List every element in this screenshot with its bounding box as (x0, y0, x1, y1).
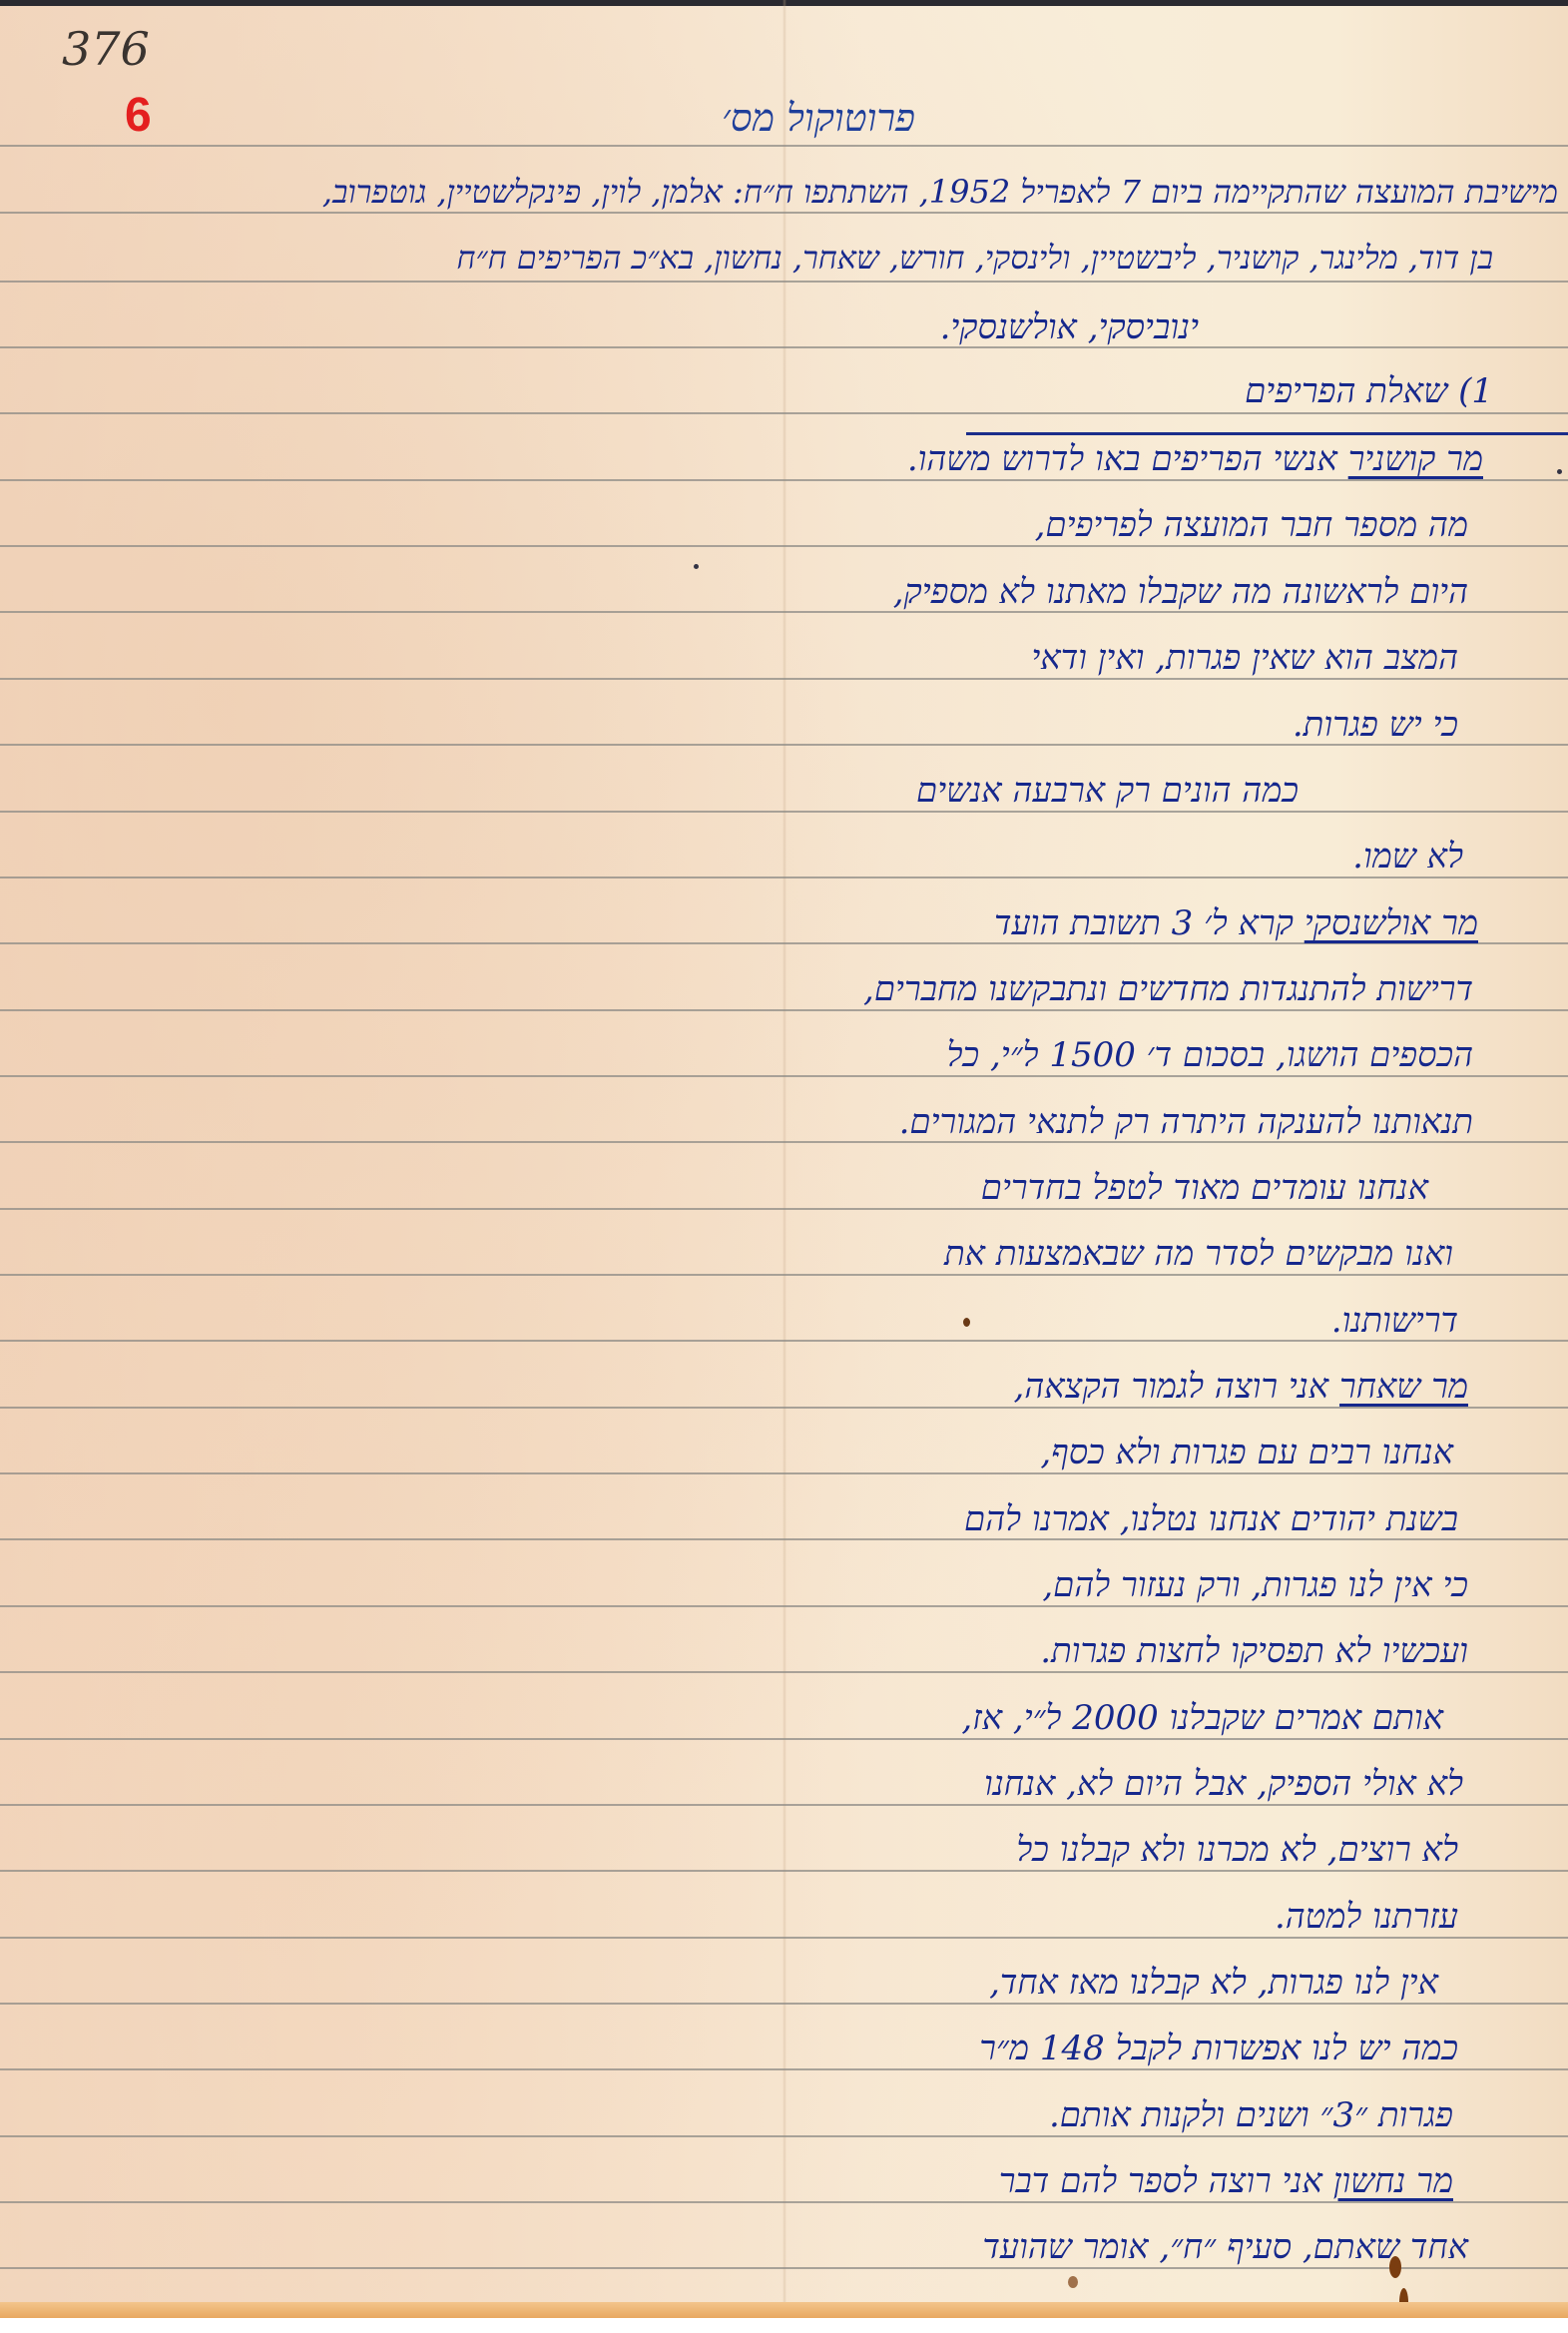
ruled-line (0, 2267, 1568, 2269)
ruled-line (0, 145, 1568, 147)
text-line: ואנו מבקשים לסדר מה שבאמצעות את (944, 1234, 1453, 1274)
speck (1557, 469, 1562, 474)
ruled-line (0, 1671, 1568, 1673)
speaker-text: אני רוצה לספר להם דבר (999, 2161, 1322, 2201)
text-line: בן דוד, מלינגר, קושניר, ליבשטיין, ולינסק… (457, 238, 1494, 278)
speaker-line: מר שאחר אני רוצה לגמור הקצאה, (1014, 1367, 1468, 1407)
speaker-name: מר נחשון (1333, 2161, 1453, 2201)
ruled-line (0, 1407, 1568, 1409)
ruled-line (0, 1075, 1568, 1077)
text-line: אותם אמרים שקבלנו 2000 ל״י, אז, (961, 1698, 1443, 1738)
folio-mark: 376 (62, 22, 150, 76)
ruled-line (0, 678, 1568, 680)
ruled-line (0, 2003, 1568, 2005)
ruled-line (0, 1937, 1568, 1939)
text-line: המצב הוא שאין פגרות, ואין ודאי (1031, 638, 1458, 678)
speaker-text: אני רוצה לגמור הקצאה, (1014, 1367, 1329, 1407)
ink-stain (1068, 2276, 1078, 2288)
text-line: מה מספר חבר המועצה לפריפים, (1035, 505, 1468, 545)
ruled-line (0, 1804, 1568, 1806)
text-line: כי יש פגרות. (1293, 705, 1458, 745)
text-line: פגרות ״3״ ושנים ולקנות אותם. (1049, 2095, 1453, 2135)
text-line: דרישות להתנגדות מחדשים ונתבקשנו מחברים, (863, 969, 1473, 1009)
speaker-text: קרא ל׳ 3 תשובת הועד (994, 903, 1294, 943)
ink-stain (1389, 2256, 1401, 2278)
text-line: לא שמו. (1352, 837, 1463, 876)
text-line: הכספים הושגו, בסכום ד׳ 1500 ל״י, כל (947, 1035, 1473, 1075)
protocol-title: פרוטוקול מס׳ (689, 96, 948, 141)
ruled-line (0, 2135, 1568, 2137)
ruled-line (0, 811, 1568, 813)
text-line: אין לנו פגרות, לא קבלנו מאז אחד, (989, 1963, 1438, 2003)
speck (963, 1318, 970, 1327)
text-line: היום לראשונה מה שקבלו מאתנו לא מספיק, (893, 572, 1468, 612)
text-line: כמה הונים רק ארבעה אנשים (916, 771, 1299, 811)
ruled-line (0, 281, 1568, 283)
speck (694, 564, 699, 569)
text-line: מישיבת המועצה שהתקיימה ביום 7 לאפריל 195… (322, 172, 1558, 212)
text-line: תנאותנו להענקה היתרה רק לתנאי המגורים. (899, 1102, 1473, 1142)
text-line: ועכשיו לא תפסיקו לחצות פגרות. (1040, 1631, 1468, 1671)
speaker-text: אנשי הפריפים באו לדרוש משהו. (907, 439, 1337, 479)
text-line: בשנת יהודים אנחנו נטלנו, אמרנו להם (964, 1499, 1458, 1539)
text-line: עזרתנו למטה. (1275, 1897, 1458, 1937)
scan-bottom-edge (0, 2302, 1568, 2318)
page-number: 6 (125, 88, 152, 143)
speaker-line: מר קושניר אנשי הפריפים באו לדרוש משהו. (907, 439, 1483, 479)
ruled-line (0, 876, 1568, 878)
ruled-line (0, 545, 1568, 547)
text-line: כמה יש לנו אפשרות לקבל 148 מ״ר (979, 2029, 1458, 2068)
ruled-line (0, 1274, 1568, 1276)
ruled-line (0, 1208, 1568, 1210)
ruled-line (0, 212, 1568, 214)
section-heading-underline (966, 432, 1568, 435)
speaker-name: מר שאחר (1339, 1367, 1468, 1407)
ruled-line (0, 1009, 1568, 1011)
section-heading: 1) שאלת הפריפים (1245, 371, 1493, 411)
ruled-line (0, 412, 1568, 414)
ruled-line (0, 346, 1568, 348)
text-line: אנחנו רבים עם פגרות ולא כסף, (1040, 1433, 1453, 1472)
speaker-line: מר נחשון אני רוצה לספר להם דבר (999, 2161, 1453, 2201)
ruled-line (0, 1472, 1568, 1474)
ruled-line (0, 479, 1568, 481)
ruled-line (0, 2068, 1568, 2070)
text-line: כי אין לנו פגרות, ורק נעזור להם, (1042, 1565, 1468, 1605)
speaker-line: מר אולשנסקי קרא ל׳ 3 תשובת הועד (994, 903, 1478, 943)
text-line: לא אולי הספיק, אבל היום לא, אנחנו (984, 1764, 1463, 1804)
ruled-line (0, 2201, 1568, 2203)
speaker-name: מר אולשנסקי (1305, 903, 1478, 943)
speaker-name: מר קושניר (1348, 439, 1483, 479)
text-line: אנחנו עומדים מאוד לטפל בחדרים (981, 1168, 1428, 1208)
text-line: דרישותנו. (1331, 1301, 1458, 1341)
text-line: ינוביסקי, אולשנסקי. (940, 307, 1199, 347)
ruled-line (0, 1870, 1568, 1872)
text-line: לא רוצים, לא מכרנו ולא קבלנו כל (1016, 1830, 1458, 1870)
document-page: 376 6 פרוטוקול מס׳ מישיבת המועצה שהתקיימ… (0, 0, 1568, 2318)
ruled-line (0, 1738, 1568, 1740)
ruled-line (0, 1605, 1568, 1607)
